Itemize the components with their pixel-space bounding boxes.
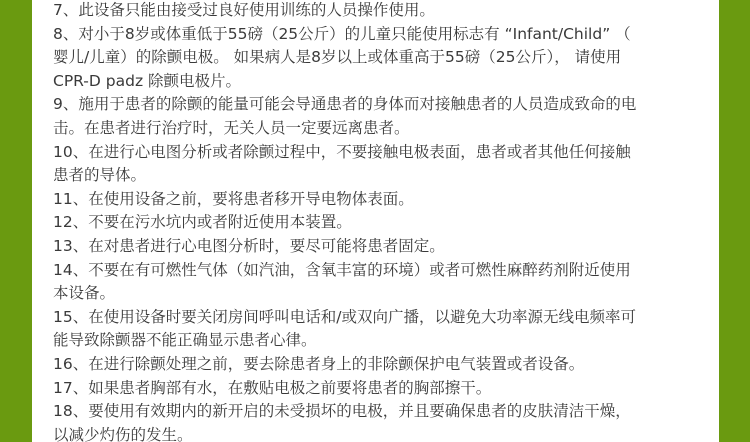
warning-line: 能导致除颤器不能正确显示患者心律。 [53,329,713,353]
warning-line: 16、在进行除颤处理之前，要去除患者身上的非除颤保护电气装置或者设备。 [53,353,713,377]
left-green-border [0,0,32,442]
warning-line: 7、此设备只能由接受过良好使用训练的人员操作使用。 [53,0,713,23]
safety-warnings-text: 7、此设备只能由接受过良好使用训练的人员操作使用。 8、对小于8岁或体重低于55… [53,0,713,442]
warning-line: 婴儿/儿童）的除颤电极。 如果病人是8岁以上或体重高于55磅（25公斤）， 请使… [53,46,713,70]
warning-line: 击。在患者进行治疗时，无关人员一定要远离患者。 [53,117,713,141]
warning-line: 12、不要在污水坑内或者附近使用本装置。 [53,211,713,235]
warning-line: 17、如果患者胸部有水，在敷贴电极之前要将患者的胸部擦干。 [53,377,713,401]
warning-line: 10、在进行心电图分析或者除颤过程中，不要接触电极表面，患者或者其他任何接触 [53,141,713,165]
warning-line: 以减少灼伤的发生。 [53,424,713,442]
warning-line: 11、在使用设备之前，要将患者移开导电物体表面。 [53,188,713,212]
warning-line: 13、在对患者进行心电图分析时，要尽可能将患者固定。 [53,235,713,259]
warning-line: 15、在使用设备时要关闭房间呼叫电话和/或双向广播，以避免大功率源无线电频率可 [53,306,713,330]
warning-line: 18、要使用有效期内的新开启的未受损坏的电极，并且要确保患者的皮肤清洁干燥， [53,400,713,424]
warning-line: 8、对小于8岁或体重低于55磅（25公斤）的儿童只能使用标志有 “Infant/… [53,23,713,47]
warning-line: 本设备。 [53,282,713,306]
warning-line: 9、施用于患者的除颤的能量可能会导通患者的身体而对接触患者的人员造成致命的电 [53,93,713,117]
warning-line: 患者的导体。 [53,164,713,188]
warning-line: 14、不要在有可燃性气体（如汽油，含氧丰富的环境）或者可燃性麻醉药剂附近使用 [53,259,713,283]
warning-line: CPR-D padz 除颤电极片。 [53,70,713,94]
right-green-border [719,0,750,442]
